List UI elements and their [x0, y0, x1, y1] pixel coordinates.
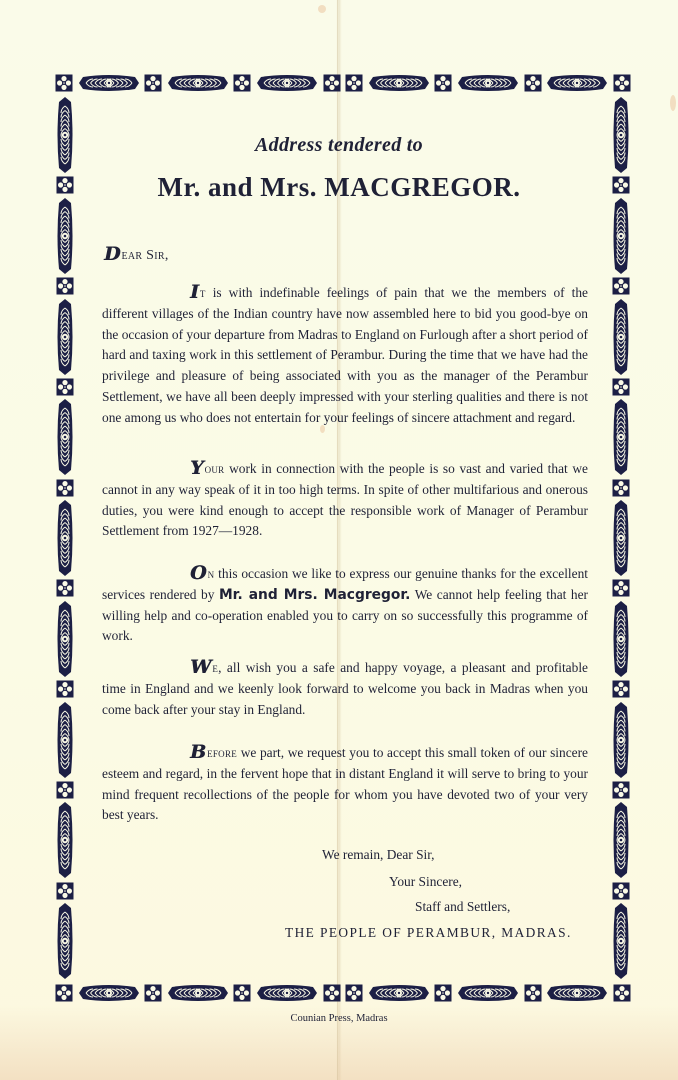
- heading-address-tendered: Address tendered to: [0, 134, 678, 157]
- ornamental-initial-i: I: [146, 282, 199, 303]
- paragraph-3: On this occasion we like to express our …: [102, 563, 588, 647]
- lead-word: our: [205, 461, 225, 476]
- laurel-garland-icon: [612, 801, 630, 879]
- paragraph-1: It is with indefinable feelings of pain …: [102, 282, 588, 429]
- rosette-icon: [56, 882, 74, 900]
- rosette-icon: [612, 479, 630, 497]
- closing-line-2: Your Sincere,: [389, 874, 462, 890]
- laurel-garland-icon: [256, 74, 318, 92]
- ornamental-initial-d: D: [104, 243, 120, 265]
- laurel-garland-icon: [78, 984, 140, 1002]
- rosette-icon: [144, 984, 162, 1002]
- rosette-icon: [345, 984, 363, 1002]
- border-bottom: [55, 982, 631, 1004]
- laurel-garland-icon: [612, 298, 630, 376]
- rosette-icon: [612, 781, 630, 799]
- laurel-garland-icon: [368, 74, 430, 92]
- rosette-icon: [56, 781, 74, 799]
- rosette-icon: [323, 74, 341, 92]
- lead-word: efore: [207, 745, 237, 760]
- paragraph-5: Before we part, we request you to accept…: [102, 742, 588, 826]
- rosette-icon: [233, 74, 251, 92]
- laurel-garland-icon: [368, 984, 430, 1002]
- laurel-garland-icon: [56, 801, 74, 879]
- laurel-garland-icon: [78, 74, 140, 92]
- laurel-garland-icon: [56, 701, 74, 779]
- rosette-icon: [144, 74, 162, 92]
- laurel-garland-icon: [457, 984, 519, 1002]
- laurel-garland-icon: [56, 298, 74, 376]
- laurel-garland-icon: [612, 197, 630, 275]
- laurel-garland-icon: [56, 398, 74, 476]
- rosette-icon: [56, 479, 74, 497]
- laurel-garland-icon: [546, 74, 608, 92]
- rosette-icon: [434, 984, 452, 1002]
- ornamental-initial-b: B: [146, 742, 206, 763]
- laurel-garland-icon: [546, 984, 608, 1002]
- rosette-icon: [613, 984, 631, 1002]
- laurel-garland-icon: [612, 398, 630, 476]
- rosette-icon: [56, 378, 74, 396]
- rosette-icon: [524, 984, 542, 1002]
- rosette-icon: [55, 984, 73, 1002]
- rosette-icon: [56, 680, 74, 698]
- ornamental-initial-w: W: [146, 657, 211, 678]
- rosette-icon: [323, 984, 341, 1002]
- recipients-emphasis: Mr. and Mrs. Macgregor.: [219, 587, 410, 603]
- laurel-garland-icon: [612, 499, 630, 577]
- rosette-icon: [434, 74, 452, 92]
- salutation-text: ear Sir,: [121, 248, 168, 263]
- border-right: [611, 96, 631, 980]
- rosette-icon: [612, 277, 630, 295]
- laurel-garland-icon: [612, 902, 630, 980]
- border-left: [55, 96, 75, 980]
- laurel-garland-icon: [56, 499, 74, 577]
- laurel-garland-icon: [167, 74, 229, 92]
- rosette-icon: [612, 882, 630, 900]
- rosette-icon: [612, 378, 630, 396]
- laurel-garland-icon: [457, 74, 519, 92]
- ornamental-initial-o: O: [146, 563, 207, 584]
- laurel-garland-icon: [612, 701, 630, 779]
- laurel-garland-icon: [167, 984, 229, 1002]
- rosette-icon: [345, 74, 363, 92]
- rosette-icon: [613, 74, 631, 92]
- rosette-icon: [56, 579, 74, 597]
- rosette-icon: [55, 74, 73, 92]
- paragraph-text: is with indefinable feelings of pain tha…: [102, 285, 588, 425]
- laurel-garland-icon: [56, 600, 74, 678]
- paragraph-2: Your work in connection with the people …: [102, 458, 588, 542]
- laurel-garland-icon: [256, 984, 318, 1002]
- laurel-garland-icon: [56, 197, 74, 275]
- rosette-icon: [56, 277, 74, 295]
- laurel-garland-icon: [612, 600, 630, 678]
- printer-imprint: Counian Press, Madras: [0, 1013, 678, 1024]
- laurel-garland-icon: [56, 902, 74, 980]
- rosette-icon: [524, 74, 542, 92]
- closing-line-1: We remain, Dear Sir,: [322, 847, 435, 863]
- stain: [318, 5, 326, 13]
- border-top: [55, 72, 631, 94]
- salutation: Dear Sir,: [104, 243, 169, 265]
- stain: [670, 95, 676, 111]
- rosette-icon: [233, 984, 251, 1002]
- rosette-icon: [612, 680, 630, 698]
- rosette-icon: [612, 579, 630, 597]
- heading-recipients: Mr. and Mrs. MACGREGOR.: [0, 172, 678, 203]
- paragraph-4: We, all wish you a safe and happy voyage…: [102, 657, 588, 720]
- ornamental-initial-y: Y: [146, 458, 204, 479]
- signature-line: THE PEOPLE OF PERAMBUR, MADRAS.: [285, 925, 572, 941]
- closing-line-3: Staff and Settlers,: [415, 899, 510, 915]
